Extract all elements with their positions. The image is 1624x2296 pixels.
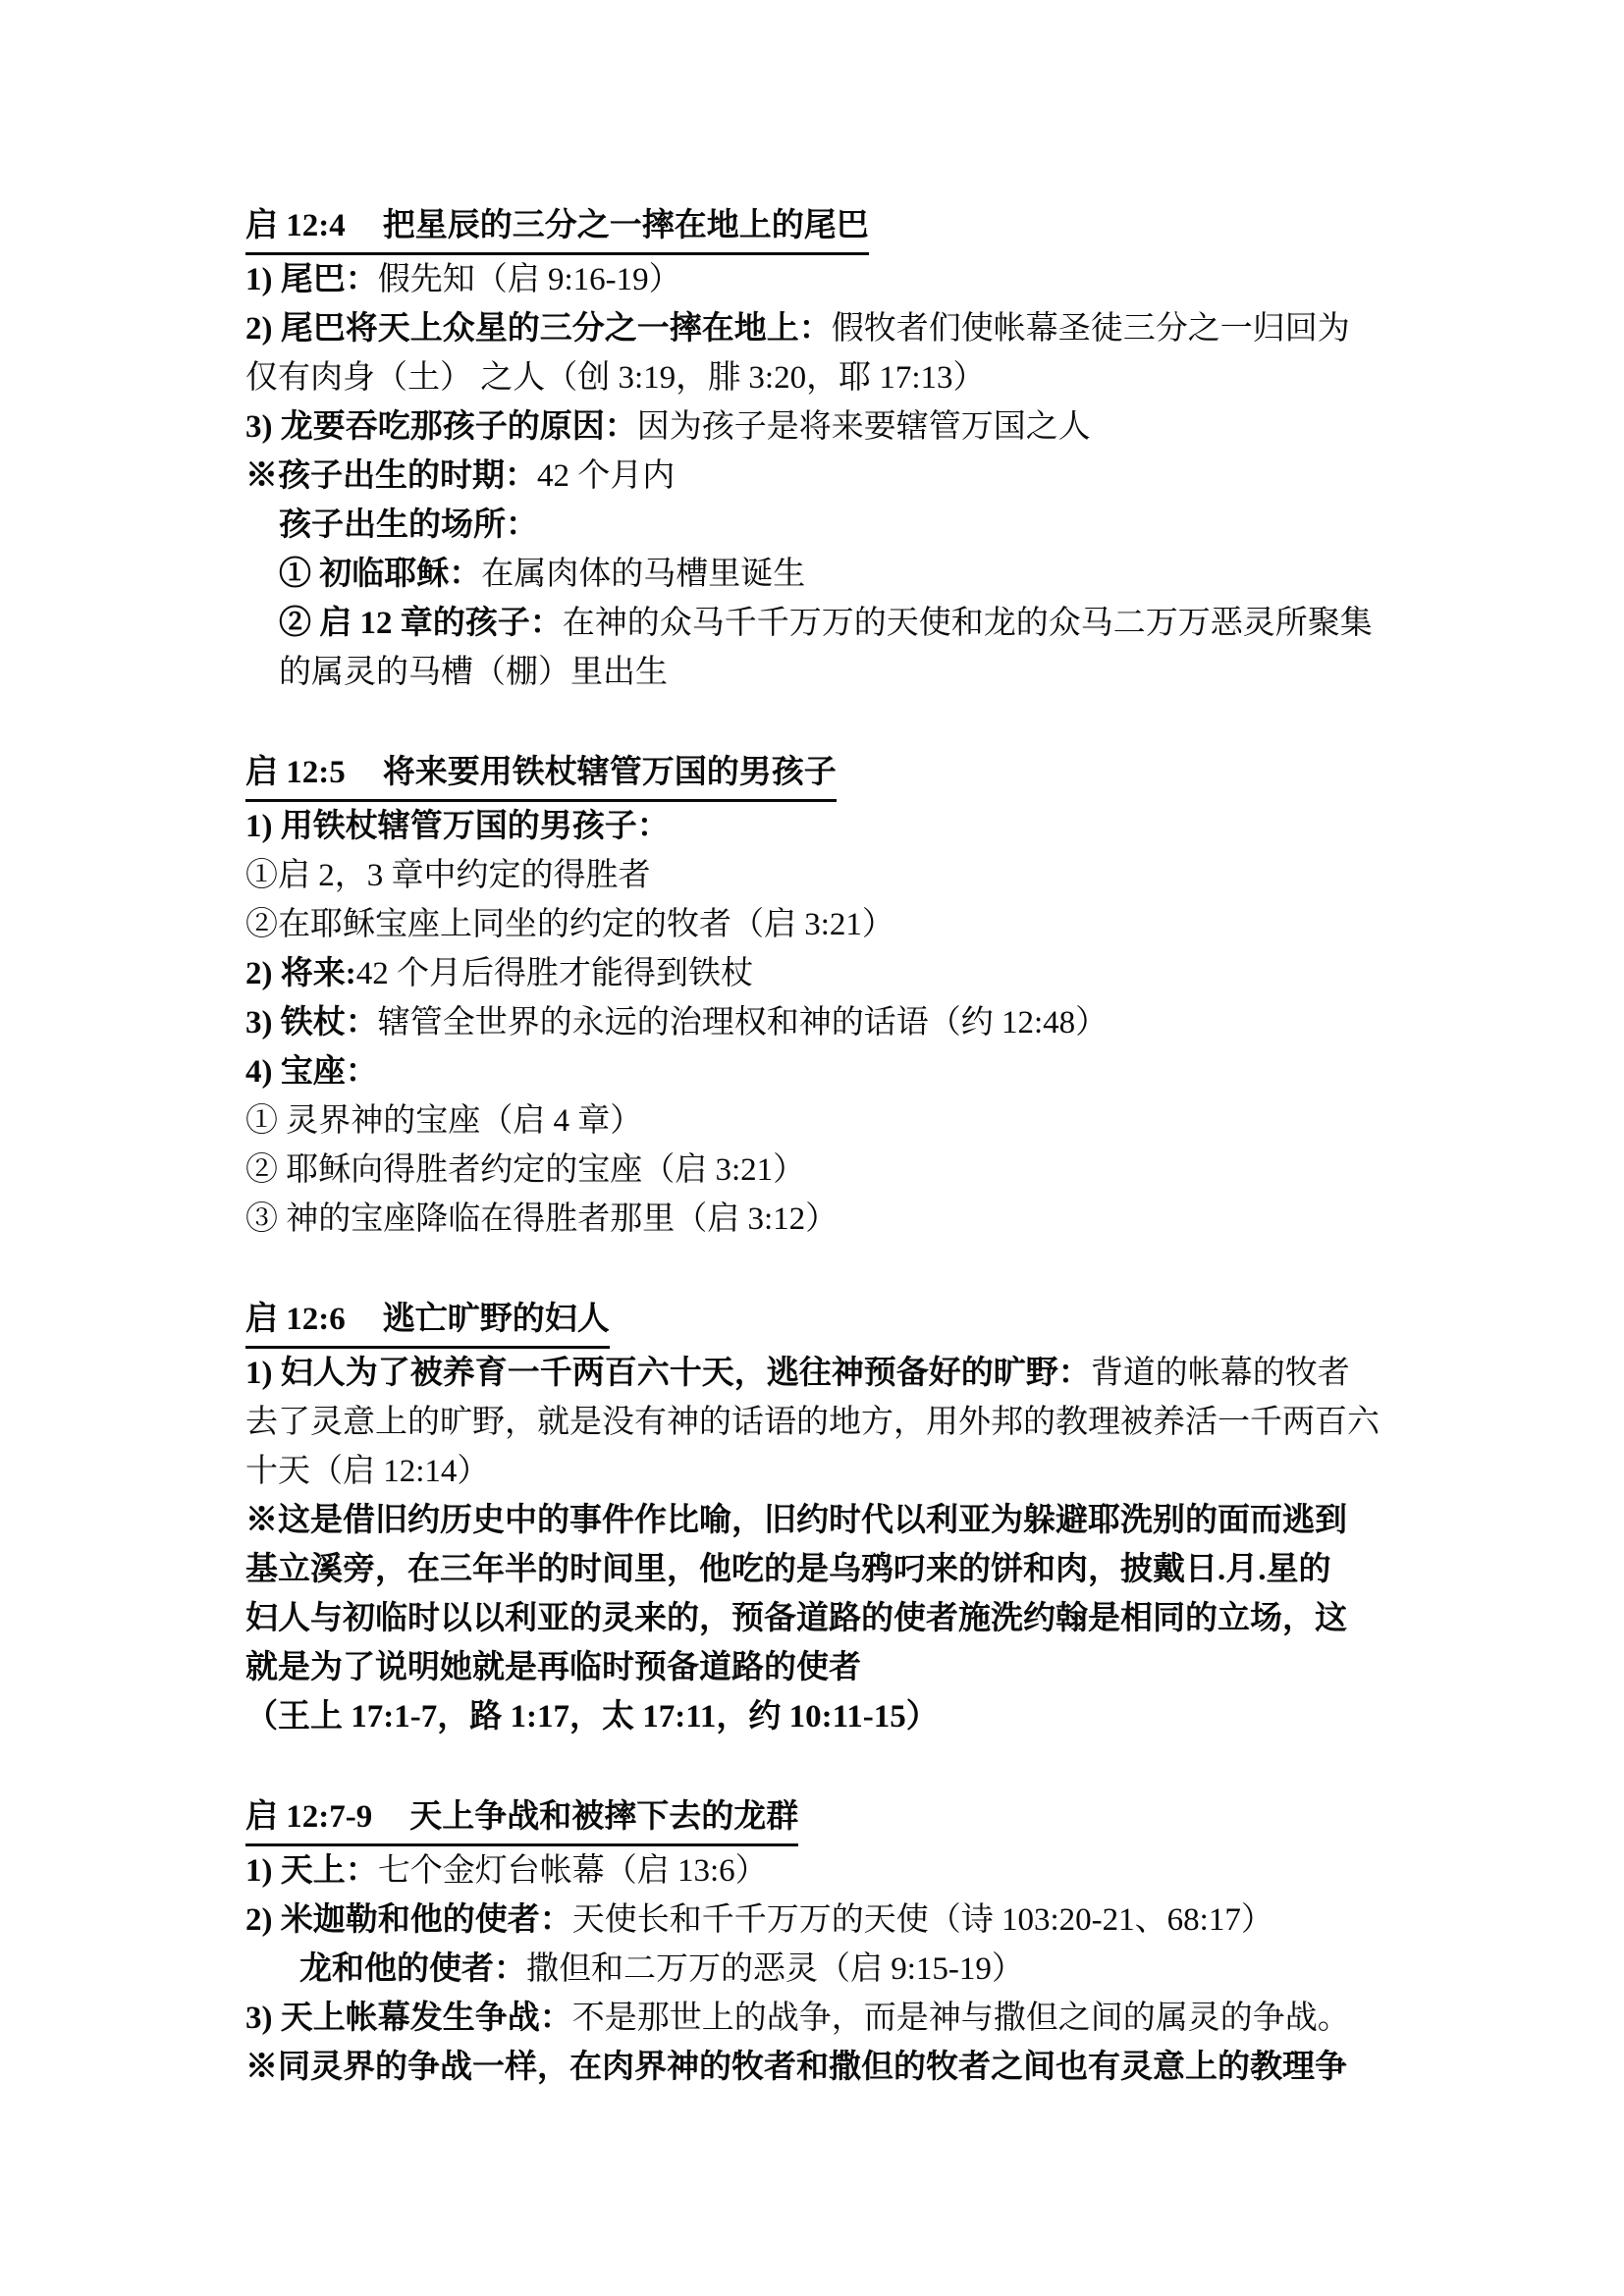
section-heading: 启 12:4把星辰的三分之一摔在地上的尾巴	[245, 201, 1398, 255]
heading-underline: 启 12:7-9天上争战和被摔下去的龙群	[245, 1792, 798, 1846]
emphasis-text: 1) 尾巴：	[245, 262, 378, 297]
body-text: 在属肉体的马槽里诞生	[481, 557, 805, 592]
section: 启 12:5将来要用铁杖辖管万国的男孩子1) 用铁杖辖管万国的男孩子：①启 2，…	[245, 748, 1398, 1244]
body-text: 去了灵意上的旷野，就是没有神的话语的地方，用外邦的教理被养活一千两百六	[245, 1405, 1380, 1440]
section-title: 将来要用铁杖辖管万国的男孩子	[383, 755, 837, 790]
body-text: ③ 神的宝座降临在得胜者那里（启 3:12）	[245, 1201, 838, 1237]
heading-underline: 启 12:4把星辰的三分之一摔在地上的尾巴	[245, 201, 869, 255]
section-title: 逃亡旷野的妇人	[383, 1302, 610, 1337]
body-text: 假牧者们使帐幕圣徒三分之一归回为	[832, 311, 1350, 347]
verse-ref: 启 12:6	[245, 1302, 346, 1337]
text-line: 妇人与初临时以以利亚的灵来的，预备道路的使者施洗约翰是相同的立场，这	[245, 1594, 1398, 1643]
text-line: 龙和他的使者：撒但和二万万的恶灵（启 9:15-19）	[245, 1945, 1398, 1994]
emphasis-text: 妇人与初临时以以利亚的灵来的，预备道路的使者施洗约翰是相同的立场，这	[245, 1601, 1347, 1636]
text-line: 基立溪旁，在三年半的时间里，他吃的是乌鸦叼来的饼和肉，披戴日.月.星的	[245, 1545, 1398, 1594]
text-line: 3) 天上帐幕发生争战：不是那世上的战争，而是神与撒但之间的属灵的争战。	[245, 1994, 1398, 2043]
text-line: ※同灵界的争战一样，在肉界神的牧者和撒但的牧者之间也有灵意上的教理争	[245, 2043, 1398, 2092]
section-title: 把星辰的三分之一摔在地上的尾巴	[383, 208, 869, 243]
text-line: ①启 2，3 章中约定的得胜者	[245, 851, 1398, 900]
emphasis-text: 3) 铁杖：	[245, 1005, 378, 1041]
body-text: 假先知（启 9:16-19）	[378, 262, 681, 297]
text-line: ② 耶稣向得胜者约定的宝座（启 3:21）	[245, 1146, 1398, 1195]
document-page: 启 12:4把星辰的三分之一摔在地上的尾巴1) 尾巴：假先知（启 9:16-19…	[0, 0, 1624, 2296]
text-line: 2) 将来:42 个月后得胜才能得到铁杖	[245, 949, 1398, 998]
text-line: 3) 铁杖：辖管全世界的永远的治理权和神的话语（约 12:48）	[245, 998, 1398, 1047]
emphasis-text: 1) 妇人为了被养育一千两百六十天，逃往神预备好的旷野：	[245, 1356, 1091, 1391]
body-text: 42 个月后得胜才能得到铁杖	[356, 956, 753, 991]
emphasis-text: ※这是借旧约历史中的事件作比喻，旧约时代以利亚为躲避耶洗别的面而逃到	[245, 1503, 1347, 1538]
body-text: ② 耶稣向得胜者约定的宝座（启 3:21）	[245, 1152, 805, 1188]
emphasis-text: 龙和他的使者：	[299, 1951, 526, 1987]
text-line: 1) 尾巴：假先知（启 9:16-19）	[245, 255, 1398, 304]
verse-ref: 启 12:5	[245, 755, 346, 790]
body-text: ① 灵界神的宝座（启 4 章）	[245, 1103, 642, 1139]
emphasis-text: ※同灵界的争战一样，在肉界神的牧者和撒但的牧者之间也有灵意上的教理争	[245, 2050, 1347, 2085]
text-line: 就是为了说明她就是再临时预备道路的使者	[245, 1643, 1398, 1692]
verse-ref: 启 12:7-9	[245, 1799, 372, 1835]
text-line: 孩子出生的场所：	[245, 501, 1398, 550]
text-line: ②在耶稣宝座上同坐的约定的牧者（启 3:21）	[245, 900, 1398, 949]
emphasis-text: 孩子出生的场所：	[279, 507, 538, 543]
body-text: 的属灵的马槽（棚）里出生	[279, 655, 668, 690]
text-line: 1) 用铁杖辖管万国的男孩子：	[245, 802, 1398, 851]
emphasis-text: 2) 米迦勒和他的使者：	[245, 1902, 572, 1938]
text-line: ③ 神的宝座降临在得胜者那里（启 3:12）	[245, 1195, 1398, 1244]
emphasis-text: 3) 天上帐幕发生争战：	[245, 2001, 572, 2036]
emphasis-text: ① 初临耶稣：	[279, 557, 481, 592]
section: 启 12:7-9天上争战和被摔下去的龙群1) 天上：七个金灯台帐幕（启 13:6…	[245, 1792, 1398, 2092]
emphasis-text: 1) 天上：	[245, 1853, 378, 1889]
emphasis-text: 2) 将来:	[245, 956, 356, 991]
body-text: 不是那世上的战争，而是神与撒但之间的属灵的争战。	[572, 2001, 1350, 2036]
text-line: （王上 17:1-7，路 1:17，太 17:11，约 10:11-15）	[245, 1692, 1398, 1741]
text-line: 4) 宝座：	[245, 1047, 1398, 1096]
emphasis-text: 2) 尾巴将天上众星的三分之一摔在地上：	[245, 311, 832, 347]
section-heading: 启 12:7-9天上争战和被摔下去的龙群	[245, 1792, 1398, 1846]
text-line: 的属灵的马槽（棚）里出生	[245, 648, 1398, 697]
emphasis-text: 就是为了说明她就是再临时预备道路的使者	[245, 1650, 861, 1685]
body-text: 天使长和千千万万的天使（诗 103:20-21、68:17）	[572, 1902, 1273, 1938]
text-line: 1) 妇人为了被养育一千两百六十天，逃往神预备好的旷野：背道的帐幕的牧者	[245, 1349, 1398, 1398]
text-line: ※这是借旧约历史中的事件作比喻，旧约时代以利亚为躲避耶洗别的面而逃到	[245, 1496, 1398, 1545]
body-text: 因为孩子是将来要辖管万国之人	[637, 409, 1091, 445]
section: 启 12:4把星辰的三分之一摔在地上的尾巴1) 尾巴：假先知（启 9:16-19…	[245, 201, 1398, 697]
body-text: ②在耶稣宝座上同坐的约定的牧者（启 3:21）	[245, 907, 894, 942]
text-line: ① 灵界神的宝座（启 4 章）	[245, 1096, 1398, 1146]
text-line: 十天（启 12:14）	[245, 1447, 1398, 1496]
body-text: 辖管全世界的永远的治理权和神的话语（约 12:48）	[378, 1005, 1108, 1041]
section-heading: 启 12:6逃亡旷野的妇人	[245, 1295, 1398, 1349]
body-text: 七个金灯台帐幕（启 13:6）	[378, 1853, 768, 1889]
text-line: 1) 天上：七个金灯台帐幕（启 13:6）	[245, 1846, 1398, 1896]
text-line: 3) 龙要吞吃那孩子的原因：因为孩子是将来要辖管万国之人	[245, 402, 1398, 452]
text-line: 去了灵意上的旷野，就是没有神的话语的地方，用外邦的教理被养活一千两百六	[245, 1398, 1398, 1447]
emphasis-text: 4) 宝座：	[245, 1054, 378, 1090]
section-heading: 启 12:5将来要用铁杖辖管万国的男孩子	[245, 748, 1398, 802]
body-text: 背道的帐幕的牧者	[1091, 1356, 1350, 1391]
text-line: ② 启 12 章的孩子：在神的众马千千万万的天使和龙的众马二万万恶灵所聚集	[245, 599, 1398, 648]
emphasis-text: ② 启 12 章的孩子：	[279, 606, 563, 641]
section-title: 天上争战和被摔下去的龙群	[409, 1799, 798, 1835]
text-line: 2) 尾巴将天上众星的三分之一摔在地上：假牧者们使帐幕圣徒三分之一归回为	[245, 304, 1398, 353]
verse-ref: 启 12:4	[245, 208, 346, 243]
body-text: 仅有肉身（土） 之人（创 3:19，腓 3:20，耶 17:13）	[245, 360, 986, 396]
body-text: 42 个月内	[537, 458, 675, 494]
body-text: 十天（启 12:14）	[245, 1454, 489, 1489]
body-text: 在神的众马千千万万的天使和龙的众马二万万恶灵所聚集	[563, 606, 1373, 641]
text-line: 2) 米迦勒和他的使者：天使长和千千万万的天使（诗 103:20-21、68:1…	[245, 1896, 1398, 1945]
emphasis-text: ※孩子出生的时期：	[245, 458, 537, 494]
text-line: ① 初临耶稣：在属肉体的马槽里诞生	[245, 550, 1398, 599]
emphasis-text: 基立溪旁，在三年半的时间里，他吃的是乌鸦叼来的饼和肉，披戴日.月.星的	[245, 1552, 1331, 1587]
heading-underline: 启 12:6逃亡旷野的妇人	[245, 1295, 610, 1349]
section: 启 12:6逃亡旷野的妇人1) 妇人为了被养育一千两百六十天，逃往神预备好的旷野…	[245, 1295, 1398, 1741]
text-line: ※孩子出生的时期：42 个月内	[245, 452, 1398, 501]
emphasis-text: （王上 17:1-7，路 1:17，太 17:11，约 10:11-15）	[245, 1699, 939, 1735]
body-text: ①启 2，3 章中约定的得胜者	[245, 858, 651, 893]
emphasis-text: 3) 龙要吞吃那孩子的原因：	[245, 409, 637, 445]
heading-underline: 启 12:5将来要用铁杖辖管万国的男孩子	[245, 748, 837, 802]
body-text: 撒但和二万万的恶灵（启 9:15-19）	[526, 1951, 1024, 1987]
text-line: 仅有肉身（土） 之人（创 3:19，腓 3:20，耶 17:13）	[245, 353, 1398, 402]
emphasis-text: 1) 用铁杖辖管万国的男孩子：	[245, 809, 670, 844]
